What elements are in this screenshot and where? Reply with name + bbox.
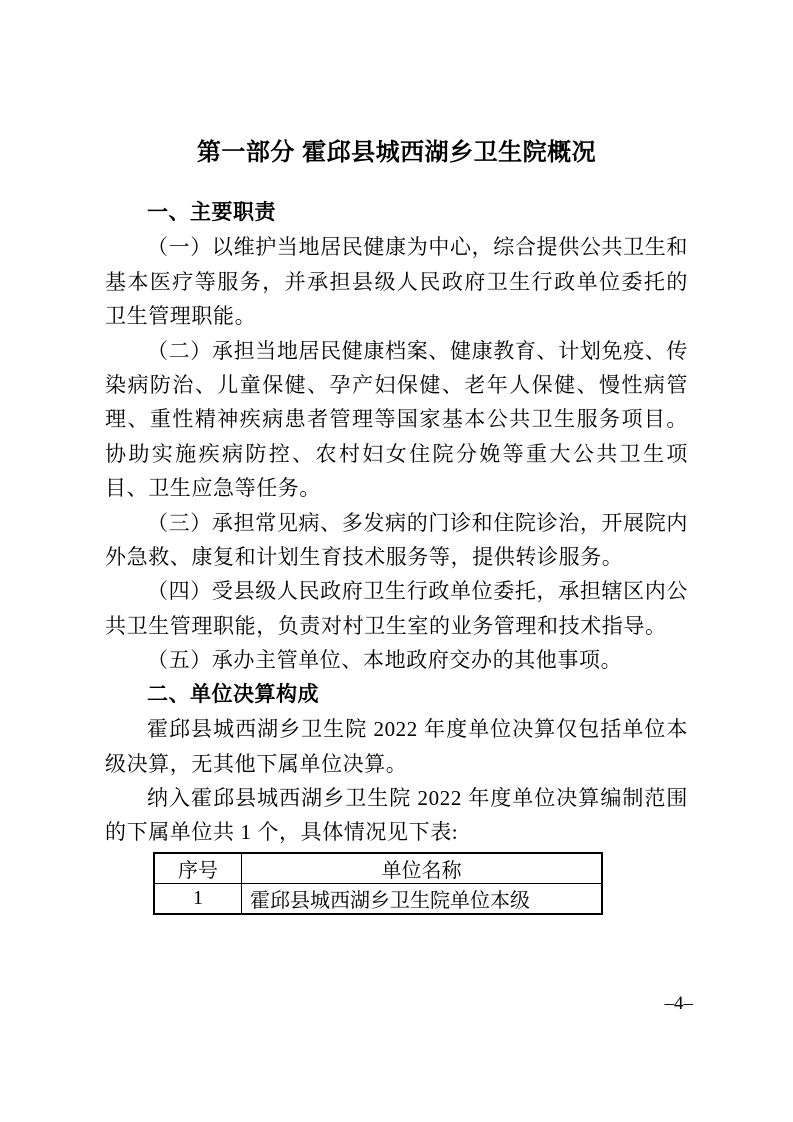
paragraph-duty-3: （三）承担常见病、多发病的门诊和住院诊治，开展院内外急救、康复和计划生育技术服务… <box>105 506 688 575</box>
table-header-row: 序号 单位名称 <box>154 853 602 884</box>
cell-unit-name: 霍邱县城西湖乡卫生院单位本级 <box>242 883 603 914</box>
subordinate-units-table: 序号 单位名称 1 霍邱县城西湖乡卫生院单位本级 <box>153 852 603 915</box>
paragraph-budget-composition: 霍邱县城西湖乡卫生院 2022 年度单位决算仅包括单位本级决算，无其他下属单位决… <box>105 712 688 781</box>
page-title: 第一部分 霍邱县城西湖乡卫生院概况 <box>105 138 688 168</box>
cell-index: 1 <box>154 883 242 914</box>
paragraph-budget-scope: 纳入霍邱县城西湖乡卫生院 2022 年度单位决算编制范围的下属单位共 1 个，具… <box>105 781 688 850</box>
page-content: 第一部分 霍邱县城西湖乡卫生院概况 一、主要职责 （一）以维护当地居民健康为中心… <box>105 138 688 915</box>
section-heading-main-duties: 一、主要职责 <box>105 196 688 230</box>
document-page: 第一部分 霍邱县城西湖乡卫生院概况 一、主要职责 （一）以维护当地居民健康为中心… <box>0 0 793 1122</box>
paragraph-duty-4: （四）受县级人民政府卫生行政单位委托，承担辖区内公共卫生管理职能，负责对村卫生室… <box>105 574 688 643</box>
paragraph-duty-2: （二）承担当地居民健康档案、健康教育、计划免疫、传染病防治、儿童保健、孕产妇保健… <box>105 334 688 506</box>
header-cell-unit-name: 单位名称 <box>242 853 603 884</box>
page-number: –4– <box>665 994 694 1013</box>
paragraph-duty-1: （一）以维护当地居民健康为中心，综合提供公共卫生和基本医疗等服务，并承担县级人民… <box>105 230 688 333</box>
header-cell-index: 序号 <box>154 853 242 884</box>
table-row: 1 霍邱县城西湖乡卫生院单位本级 <box>154 883 602 914</box>
section-heading-unit-budget-structure: 二、单位决算构成 <box>105 678 688 712</box>
paragraph-duty-5: （五）承办主管单位、本地政府交办的其他事项。 <box>105 643 688 677</box>
